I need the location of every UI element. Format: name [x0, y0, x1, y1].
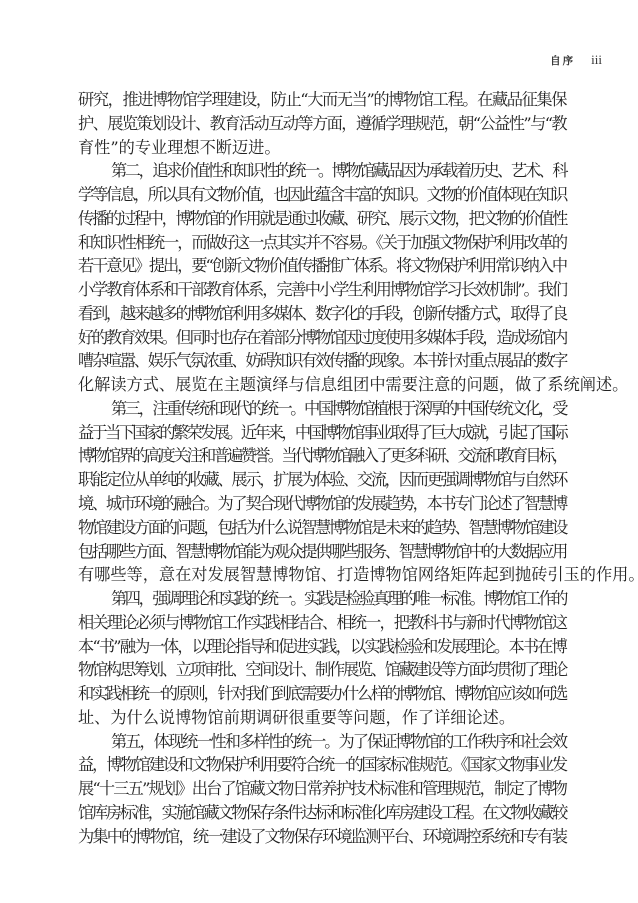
text-line: 展“十三五”规划》出台了馆藏文物日常养护技术标准和管理规范，制定了博物 — [78, 777, 566, 801]
text-line: 益，博物馆建设和文物保护利用要符合统一的国家标准规范。《国家文物事业发 — [78, 753, 566, 777]
text-line: 好的教育效果。但同时也存在着部分博物馆因过度使用多媒体手段，造成场馆内 — [78, 326, 566, 350]
text-line: 和知识性相统一，而做好这一点其实并不容易。《关于加强文物保护利用改革的 — [78, 231, 566, 255]
text-line: 传播的过程中，博物馆的作用就是通过收藏、研究、展示文物，把文物的价值性 — [78, 207, 566, 231]
text-line: 第五，体现统一性和多样性的统一。为了保证博物馆的工作秩序和社会效 — [78, 730, 566, 754]
text-line: 包括哪些方面、智慧博物馆能为观众提供哪些服务、智慧博物馆中的大数据应用 — [78, 540, 566, 564]
paragraph: 第二，追求价值性和知识性的统一。博物馆藏品因为承载着历史、艺术、科 学等信息，所… — [78, 159, 566, 397]
text-line: 博物馆界的高度关注和普遍赞誉。当代博物馆融入了更多科研、交流和教育目标， — [78, 444, 566, 468]
text-line: 育性”的专业理想不断迈进。 — [78, 136, 566, 160]
text-line: 职能定位从单纯的收藏、展示，扩展为体验、交流，因而更强调博物馆与自然环 — [78, 468, 566, 492]
text-line: 第二，追求价值性和知识性的统一。博物馆藏品因为承载着历史、艺术、科 — [78, 159, 566, 183]
text-line: 学等信息，所以具有文物价值，也因此蕴含丰富的知识。文物的价值体现在知识 — [78, 183, 566, 207]
paragraph: 第五，体现统一性和多样性的统一。为了保证博物馆的工作秩序和社会效 益，博物馆建设… — [78, 730, 566, 849]
text-line: 看到，越来越多的博物馆利用多媒体、数字化的手段，创新传播方式，取得了良 — [78, 302, 566, 326]
running-head: 自序 iii — [550, 52, 602, 68]
text-line: 若干意见》提出，要“创新文物价值传播推广体系。将文物保护利用常识纳入中 — [78, 254, 566, 278]
running-head-title: 自序 — [550, 53, 575, 68]
text-line: 小学教育体系和干部教育体系，完善中小学生利用博物馆学习长效机制”。我们 — [78, 278, 566, 302]
text-line: 为集中的博物馆，统一建设了文物保存环境监测平台、环境调控系统和专有装 — [78, 825, 566, 849]
text-line: 本“书”融为一体，以理论指导和促进实践，以实践检验和发展理论。本书在博 — [78, 635, 566, 659]
paragraph: 第四，强调理论和实践的统一。实践是检验真理的唯一标准。博物馆工作的 相关理论必须… — [78, 587, 566, 730]
body-text: 研究，推进博物馆学理建设，防止“大而无当”的博物馆工程。在藏品征集保 护、展览策… — [78, 88, 566, 849]
text-line: 物馆建设方面的问题，包括为什么说智慧博物馆是未来的趋势、智慧博物馆建设 — [78, 516, 566, 540]
text-line: 境、城市环境的融合。为了契合现代博物馆的发展趋势，本书专门论述了智慧博 — [78, 492, 566, 516]
text-line: 相关理论必须与博物馆工作实践相结合、相统一，把教科书与新时代博物馆这 — [78, 611, 566, 635]
paragraph: 第三，注重传统和现代的统一。中国博物馆植根于深厚的中国传统文化，受 益于当下国家… — [78, 397, 566, 587]
text-line: 研究，推进博物馆学理建设，防止“大而无当”的博物馆工程。在藏品征集保 — [78, 88, 566, 112]
text-line: 护、展览策划设计、教育活动互动等方面，遵循学理规范，朝“公益性”与“教 — [78, 112, 566, 136]
text-line: 和实践相统一的原则，针对我们到底需要办什么样的博物馆、博物馆应该如何选 — [78, 682, 566, 706]
text-line: 物馆构思筹划、立项审批、空间设计、制作展览、馆藏建设等方面均贯彻了理论 — [78, 658, 566, 682]
page-number: iii — [591, 52, 602, 68]
text-line: 化解读方式、展览在主题演绎与信息组团中需要注意的问题，做了系统阐述。 — [78, 373, 566, 397]
text-line: 益于当下国家的繁荣发展。近年来，中国博物馆事业取得了巨大成就，引起了国际 — [78, 421, 566, 445]
paragraph: 研究，推进博物馆学理建设，防止“大而无当”的博物馆工程。在藏品征集保 护、展览策… — [78, 88, 566, 159]
text-line: 有哪些等，意在对发展智慧博物馆、打造博物馆网络矩阵起到抛砖引玉的作用。 — [78, 563, 566, 587]
text-line: 嘈杂喧嚣、娱乐气氛浓重、妨碍知识有效传播的现象。本书针对重点展品的数字 — [78, 349, 566, 373]
text-line: 址、为什么说博物馆前期调研很重要等问题，作了详细论述。 — [78, 706, 566, 730]
text-line: 第三，注重传统和现代的统一。中国博物馆植根于深厚的中国传统文化，受 — [78, 397, 566, 421]
text-line: 馆库房标准，实施馆藏文物保存条件达标和标准化库房建设工程。在文物收藏较 — [78, 801, 566, 825]
text-line: 第四，强调理论和实践的统一。实践是检验真理的唯一标准。博物馆工作的 — [78, 587, 566, 611]
